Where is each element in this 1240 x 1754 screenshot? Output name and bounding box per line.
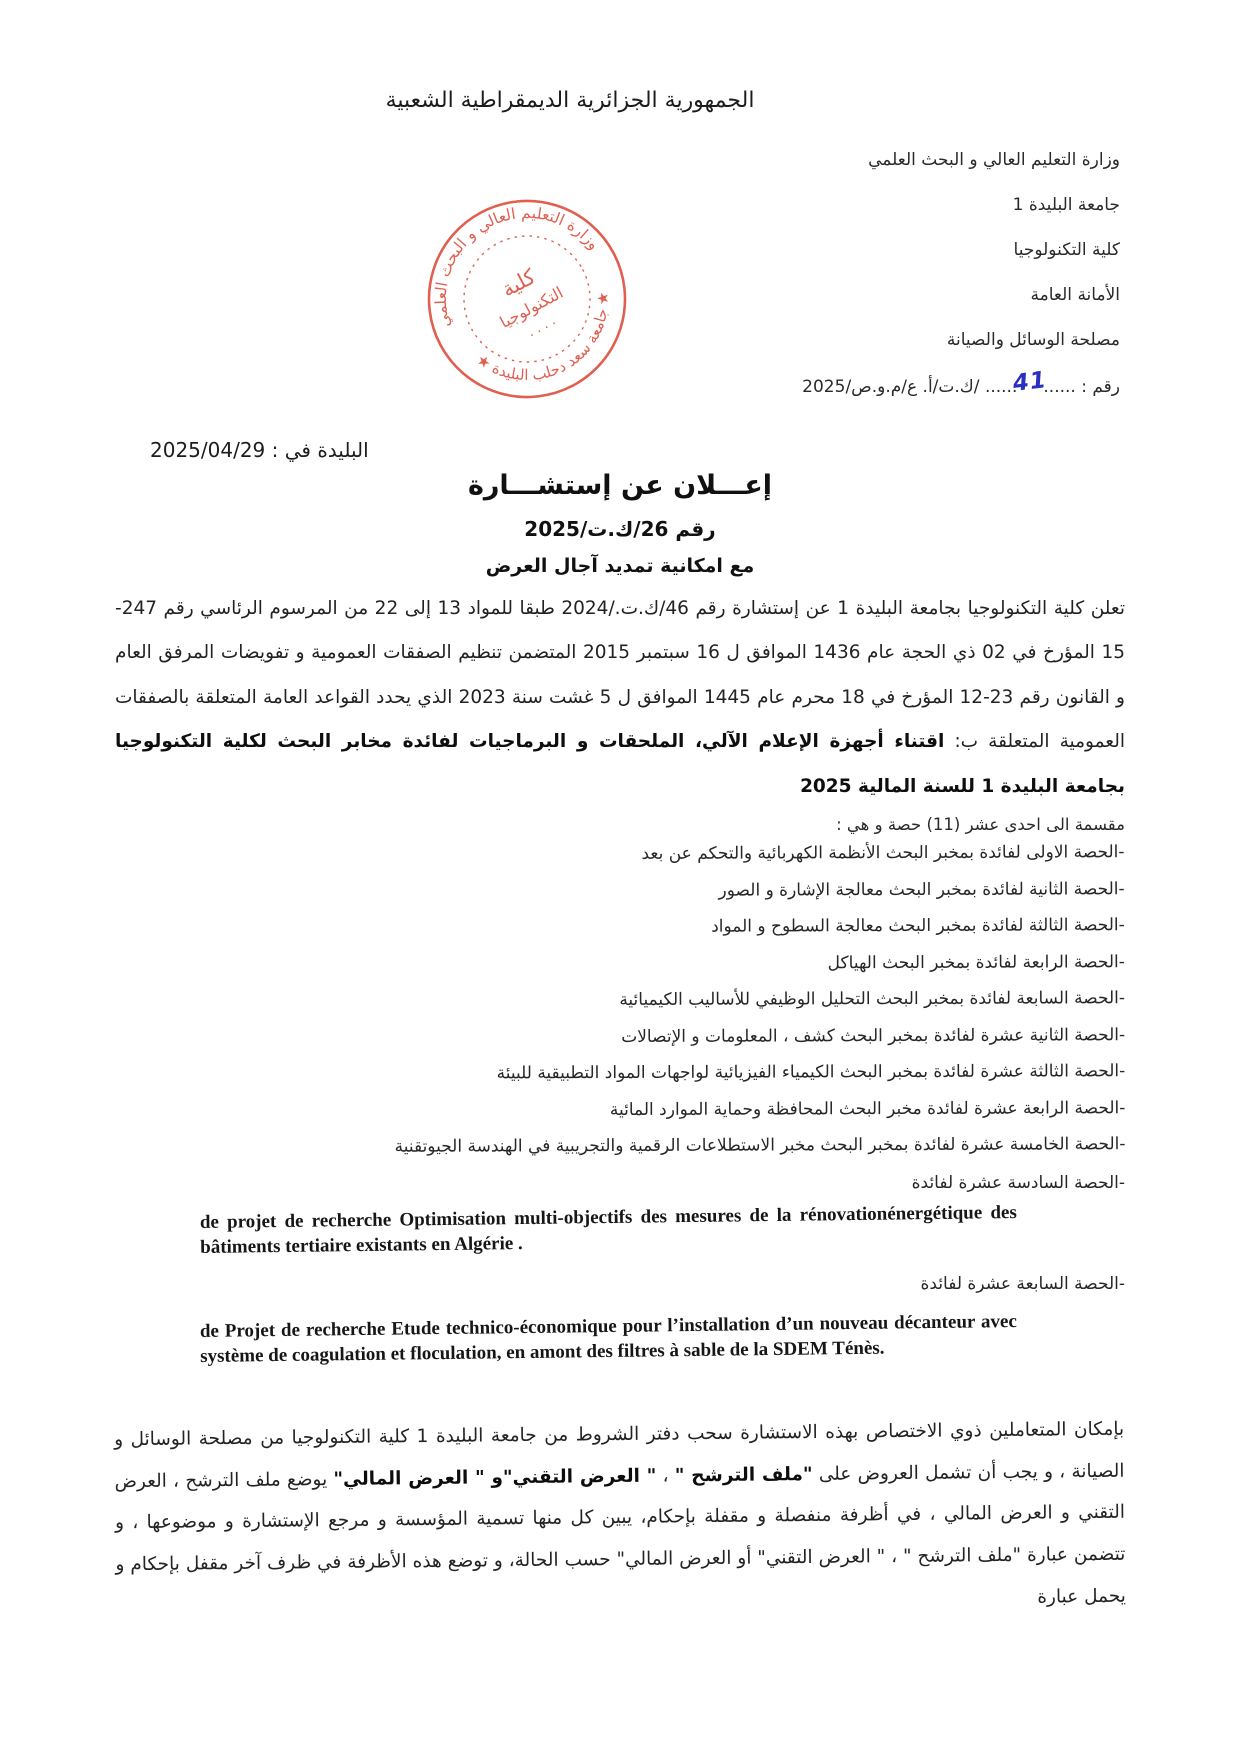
lots-intro-line: مقسمة الى احدى عشر (11) حصة و هي :: [115, 815, 1125, 834]
closing-bold-2: " العرض التقني"و: [485, 1466, 657, 1489]
lot-item: -الحصة الثالثة لفائدة بمخبر البحث معالجة…: [115, 907, 1125, 947]
announcement-subtitle: مع امكانية تمديد آجال العرض: [115, 555, 1125, 577]
announcement-title: إعـــلان عن إستشـــارة: [115, 470, 1125, 501]
handwritten-number: 41: [1011, 358, 1050, 407]
lot-17-french-description: de Projet de recherche Etude technico-éc…: [200, 1309, 1018, 1369]
faculty-line: كلية التكنولوجيا: [660, 228, 1120, 273]
lot-item: -الحصة السابعة لفائدة بمخبر البحث التحلي…: [115, 980, 1125, 1020]
ministry-line: وزارة التعليم العالي و البحث العلمي: [660, 138, 1120, 183]
announcement-number: رقم 26/ك.ت/2025: [115, 517, 1125, 541]
closing-text-2: ،: [656, 1465, 675, 1486]
lots-list: -الحصة الاولى لفائدة بمخبر البحث الأنظمة…: [114, 834, 1125, 1166]
announcement-body: إعـــلان عن إستشـــارة رقم 26/ك.ت/2025 م…: [115, 470, 1125, 1641]
republic-title: الجمهورية الجزائرية الديمقراطية الشعبية: [0, 88, 1140, 113]
lot-item: -الحصة الرابعة لفائدة بمخبر البحث الهياك…: [115, 944, 1125, 984]
lot-16-label: -الحصة السادسة عشرة لفائدة: [115, 1165, 1125, 1202]
letterhead: وزارة التعليم العالي و البحث العلمي جامع…: [660, 138, 1120, 408]
reference-suffix: ...... /ك.ت/أ. ع/م.و.ص/2025: [802, 377, 1017, 397]
intro-paragraph: تعلن كلية التكنولوجيا بجامعة البليدة 1 ع…: [115, 587, 1125, 809]
lot-item: -الحصة الرابعة عشرة لفائدة مخبر البحث ال…: [115, 1090, 1125, 1130]
lot-item: -الحصة الثانية لفائدة بمخبر البحث معالجة…: [115, 871, 1125, 911]
lot-item: -الحصة الثانية عشرة لفائدة بمخبر البحث ك…: [115, 1017, 1125, 1057]
intro-text: تعلن كلية التكنولوجيا بجامعة البليدة 1 ع…: [115, 598, 1125, 752]
lot-17-label: -الحصة السابعة عشرة لفائدة: [115, 1266, 1125, 1303]
closing-bold-1: "ملف الترشح ": [675, 1464, 813, 1486]
lot-item: -الحصة الثالثة عشرة لفائدة بمخبر البحث ا…: [115, 1053, 1125, 1093]
secretariat-line: الأمانة العامة: [660, 273, 1120, 318]
lot-item: -الحصة الاولى لفائدة بمخبر البحث الأنظمة…: [114, 834, 1124, 874]
date-line: البليدة في : 2025/04/29: [150, 438, 369, 462]
scanned-announcement-page: الجمهورية الجزائرية الديمقراطية الشعبية …: [0, 0, 1240, 1754]
closing-bold-3: " العرض المالي": [333, 1467, 484, 1490]
university-stamp: وزارة التعليم العالي و البحث العلمي ★ جا…: [420, 192, 634, 406]
closing-text-3: يوضع ملف الترشح ، العرض التقني و العرض ا…: [114, 1469, 1125, 1608]
lot-item: -الحصة الخامسة عشرة لفائدة بمخبر البحث م…: [115, 1127, 1125, 1167]
reference-label: رقم : ......: [1043, 377, 1120, 397]
university-line: جامعة البليدة 1: [660, 183, 1120, 228]
closing-paragraph: بإمكان المتعاملين ذوي الاختصاص بهذه الاس…: [114, 1409, 1126, 1628]
reference-line: رقم : ......41...... /ك.ت/أ. ع/م.و.ص/202…: [660, 363, 1120, 408]
lot-16-french-description: de projet de recherche Optimisation mult…: [200, 1200, 1018, 1260]
service-line: مصلحة الوسائل والصيانة: [660, 318, 1120, 363]
